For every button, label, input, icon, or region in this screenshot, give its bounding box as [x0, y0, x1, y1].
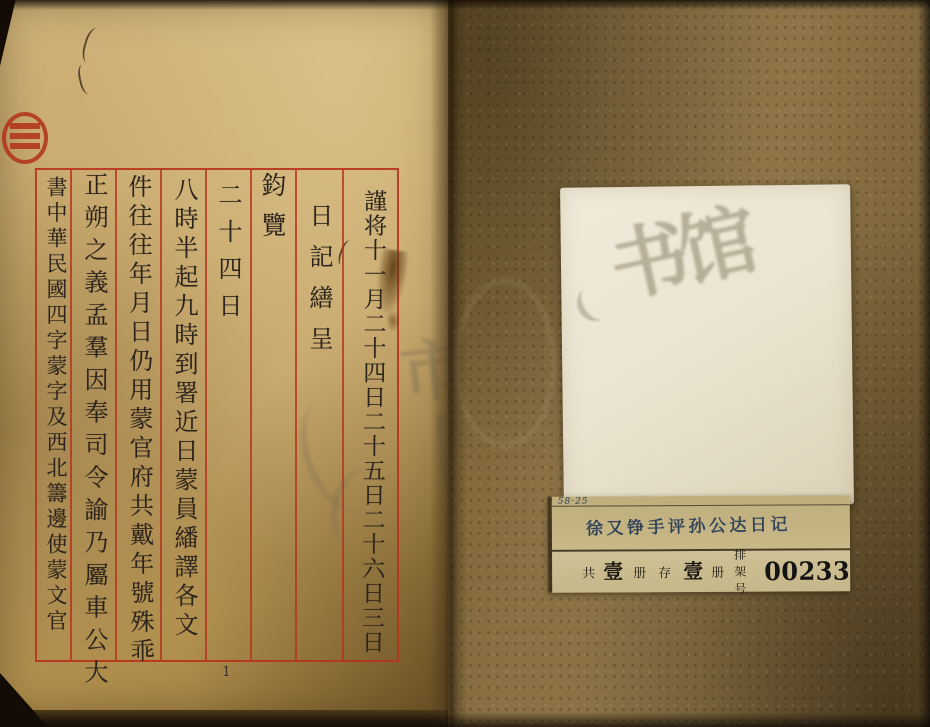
- holdings-kept-count: 壹: [683, 555, 703, 584]
- shelf-number-label: 排架号: [734, 546, 760, 597]
- holdings-kept-unit: 册: [711, 562, 724, 581]
- label-rule: [552, 504, 850, 507]
- scan-edge-shadow: [0, 712, 930, 727]
- page-gutter: [430, 0, 468, 727]
- manuscript-page: 市 圖 謹将十一月二十四日二十五日二十六日三日 日記繕呈 鈞覽 二十四日 八時半…: [0, 0, 449, 713]
- ruling-line: [115, 170, 117, 660]
- text-column-3: 鈞覽: [255, 172, 285, 252]
- holdings-total-label: 共: [582, 563, 595, 582]
- title-strip: 58·25 徐又铮手评孙公达日记: [552, 495, 850, 550]
- text-column-4: 二十四日: [210, 182, 240, 330]
- ghost-ink-stroke: [570, 279, 618, 328]
- ruling-line: [295, 170, 297, 660]
- holdings-total-count: 壹: [603, 555, 623, 584]
- seal-bar: [10, 133, 40, 139]
- text-column-8: 書中華民國四字蒙字及西北籌邊使蒙文官: [38, 176, 66, 635]
- ruling-line: [160, 170, 162, 660]
- text-column-6: 件往往年月日仍用蒙官府共戴年號殊乖: [120, 174, 153, 667]
- ghost-stamp-circle: [454, 278, 556, 448]
- library-label: 58·25 徐又铮手评孙公达日记 共 壹 册 存 壹 册 排架号 00233: [548, 495, 850, 593]
- ink-squiggle: [76, 63, 96, 95]
- ruling-line: [250, 170, 252, 660]
- ink-squiggle: [79, 26, 106, 66]
- label-title: 徐又铮手评孙公达日记: [586, 510, 792, 540]
- ghost-ink-mark: 书馆: [598, 184, 759, 318]
- ruling-line: [205, 170, 207, 660]
- scan-edge-shadow: [0, 0, 930, 10]
- seal-bar: [10, 143, 40, 149]
- holdings-kept-label: 存: [658, 562, 671, 581]
- collection-seal-stamp: [2, 112, 48, 164]
- shelf-number: 00233: [764, 555, 850, 586]
- text-column-2: 日記繕呈: [301, 203, 331, 367]
- ink-stain: [386, 310, 400, 332]
- seal-bar: [10, 123, 40, 129]
- scan-edge-shadow: [918, 0, 930, 727]
- ruling-line: [70, 170, 72, 660]
- page-number: 1: [222, 664, 231, 680]
- holdings-strip: 共 壹 册 存 壹 册 排架号 00233: [552, 548, 850, 593]
- pasted-card: 书馆: [560, 184, 854, 508]
- text-column-7: 正朔之義孟羣因奉司令諭乃屬車公大: [76, 172, 106, 692]
- holdings-total-unit: 册: [633, 562, 646, 581]
- scanned-diary-spread: 市 圖 謹将十一月二十四日二十五日二十六日三日 日記繕呈 鈞覽 二十四日 八時半…: [0, 0, 930, 727]
- text-column-5: 八時半起九時到署近日蒙員繙譯各文: [166, 177, 196, 641]
- classification-code: 58·25: [558, 497, 589, 507]
